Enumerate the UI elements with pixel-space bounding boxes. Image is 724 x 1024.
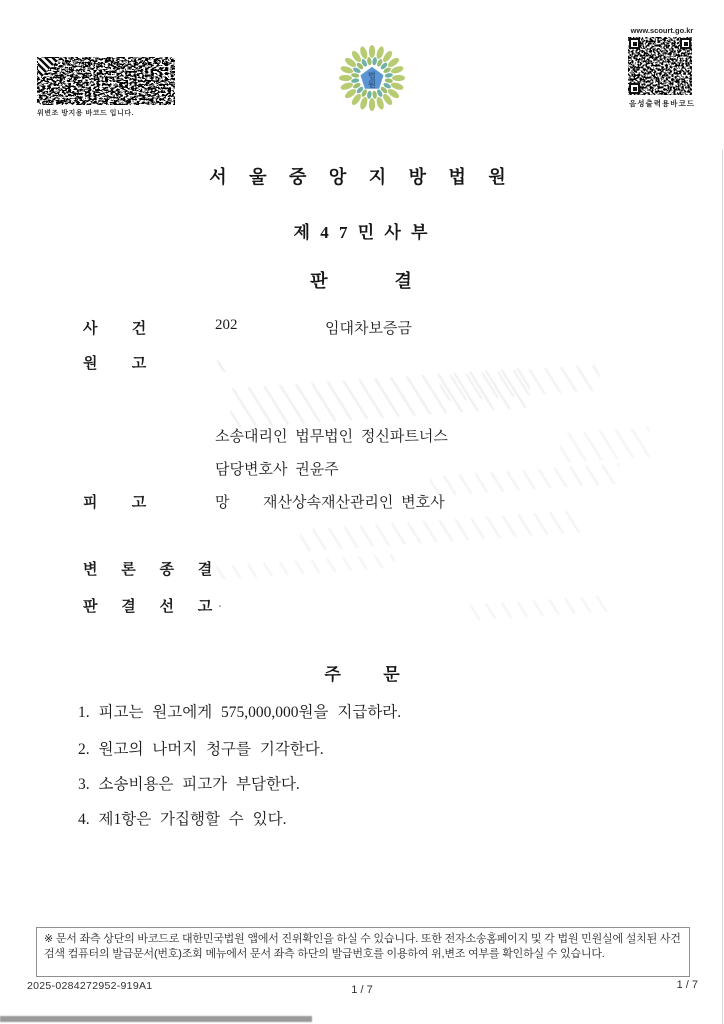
scanned-judgment-page: 위변조 방지용 바코드 입니다. bbox=[0, 0, 724, 1024]
defendant-label: 피 고 bbox=[83, 491, 147, 512]
redacted-text-ghost bbox=[215, 554, 396, 581]
verification-notice-box: ※ 문서 좌측 상단의 바코드로 대한민국법원 앱에서 진위확인을 하실 수 있… bbox=[36, 927, 690, 977]
redacted-text-ghost bbox=[215, 360, 230, 373]
case-number-prefix: 202 bbox=[215, 317, 238, 334]
barcode-noise-texture bbox=[37, 57, 175, 105]
redacted-text-ghost bbox=[430, 463, 621, 496]
order-section-title: 주 문 bbox=[0, 660, 724, 685]
court-name-title: 서 울 중 앙 지 방 법 원 bbox=[0, 163, 724, 189]
qr-finder-icon bbox=[629, 38, 640, 49]
hearing-closed-label: 변 론 종 결 bbox=[83, 558, 222, 579]
redacted-text-ghost bbox=[439, 364, 600, 401]
scan-artifact-edge bbox=[722, 150, 723, 1024]
verification-notice-text: ※ 문서 좌측 상단의 바코드로 대한민국법원 앱에서 진위확인을 하실 수 있… bbox=[44, 932, 682, 961]
order-item-1: 1. 피고는 원고에게 575,000,000원을 지급하라. bbox=[78, 700, 401, 722]
qr-caption: 음성출력용바코드 bbox=[620, 98, 704, 109]
redacted-text-ghost bbox=[470, 595, 611, 621]
document-type-title: 판 결 bbox=[0, 267, 724, 293]
page-indicator-right: 1 / 7 bbox=[677, 979, 698, 991]
voice-output-qr-icon bbox=[628, 37, 692, 95]
page-indicator-center: 1 / 7 bbox=[0, 984, 724, 996]
case-label: 사 건 bbox=[83, 317, 147, 338]
emblem-text-bottom: 원 bbox=[368, 79, 376, 89]
scourt-url-label: www.scourt.go.kr bbox=[622, 26, 702, 35]
defendant-deceased-prefix: 망 bbox=[215, 491, 230, 512]
defendant-description: 재산상속재산관리인 변호사 bbox=[263, 491, 445, 512]
redacted-text-ghost bbox=[300, 510, 581, 551]
qr-finder-icon bbox=[680, 38, 691, 49]
attorney-in-charge-line: 담당변호사 권윤주 bbox=[215, 458, 339, 479]
anti-forgery-barcode-icon bbox=[37, 57, 175, 105]
emblem-text-top: 법 bbox=[368, 70, 376, 80]
order-item-2: 2. 원고의 나머지 청구를 기각한다. bbox=[78, 737, 324, 759]
order-item-3: 3. 소송비용은 피고가 부담한다. bbox=[78, 772, 300, 794]
court-emblem-icon: 법 원 bbox=[332, 44, 412, 112]
plaintiff-representative-line: 소송대리인 법무법인 정신파트너스 bbox=[215, 425, 448, 446]
case-name: 임대차보증금 bbox=[325, 317, 412, 338]
order-item-4: 4. 제1항은 가집행할 수 있다. bbox=[78, 807, 286, 829]
plaintiff-label: 원 고 bbox=[83, 352, 147, 373]
qr-finder-icon bbox=[629, 83, 640, 94]
sentencing-date-remnant: . bbox=[218, 595, 222, 612]
scan-artifact-band bbox=[0, 1016, 312, 1022]
barcode-caption: 위변조 방지용 바코드 입니다. bbox=[37, 108, 187, 118]
sentencing-label: 판 결 선 고 bbox=[83, 595, 222, 616]
division-title: 제 4 7 민 사 부 bbox=[0, 218, 724, 243]
redacted-text-ghost bbox=[559, 427, 651, 463]
